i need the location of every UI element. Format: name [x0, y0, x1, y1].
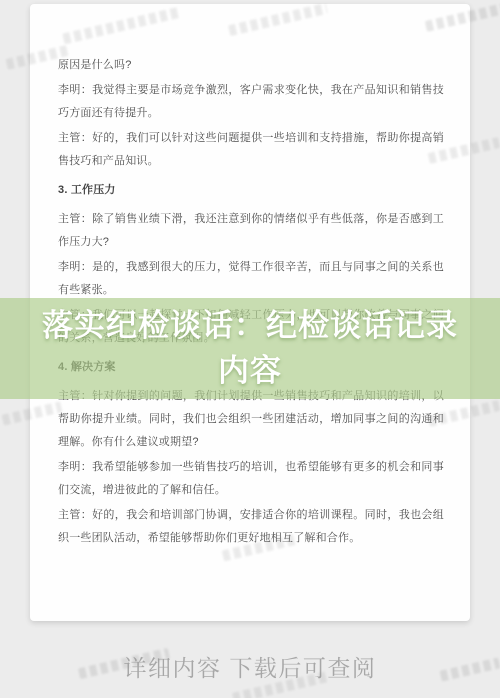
section-heading: 3. 工作压力	[58, 179, 444, 202]
paragraph: 主管：针对你提到的问题，我们计划提供一些销售技巧和产品知识的培训，以帮助你提升业…	[58, 385, 444, 454]
document-preview: 原因是什么吗? 李明：我觉得主要是市场竞争激烈，客户需求变化快，我在产品知识和销…	[0, 0, 500, 698]
paragraph: 原因是什么吗?	[58, 54, 444, 77]
overlay-title-line2: 内容	[0, 348, 500, 393]
overlay-title-line1: 落实纪检谈话：纪检谈话记录	[0, 303, 500, 348]
paragraph: 李明：我希望能够参加一些销售技巧的培训，也希望能够有更多的机会和同事们交流，增进…	[58, 456, 444, 502]
paragraph: 李明：我觉得主要是市场竞争激烈，客户需求变化快，我在产品知识和销售技巧方面还有待…	[58, 79, 444, 125]
overlay-title: 落实纪检谈话：纪检谈话记录 内容	[0, 303, 500, 393]
paragraph: 主管：好的，我们可以针对这些问题提供一些培训和支持措施，帮助你提高销售技巧和产品…	[58, 127, 444, 173]
paragraph: 主管：好的，我会和培训部门协调，安排适合你的培训课程。同时，我也会组织一些团队活…	[58, 504, 444, 550]
download-caption: 详细内容 下载后可查阅	[0, 650, 500, 683]
paragraph: 主管：除了销售业绩下滑，我还注意到你的情绪似乎有些低落，你是否感到工作压力大?	[58, 208, 444, 254]
paragraph: 李明：是的，我感到很大的压力，觉得工作很辛苦，而且与同事之间的关系也有些紧张。	[58, 256, 444, 302]
